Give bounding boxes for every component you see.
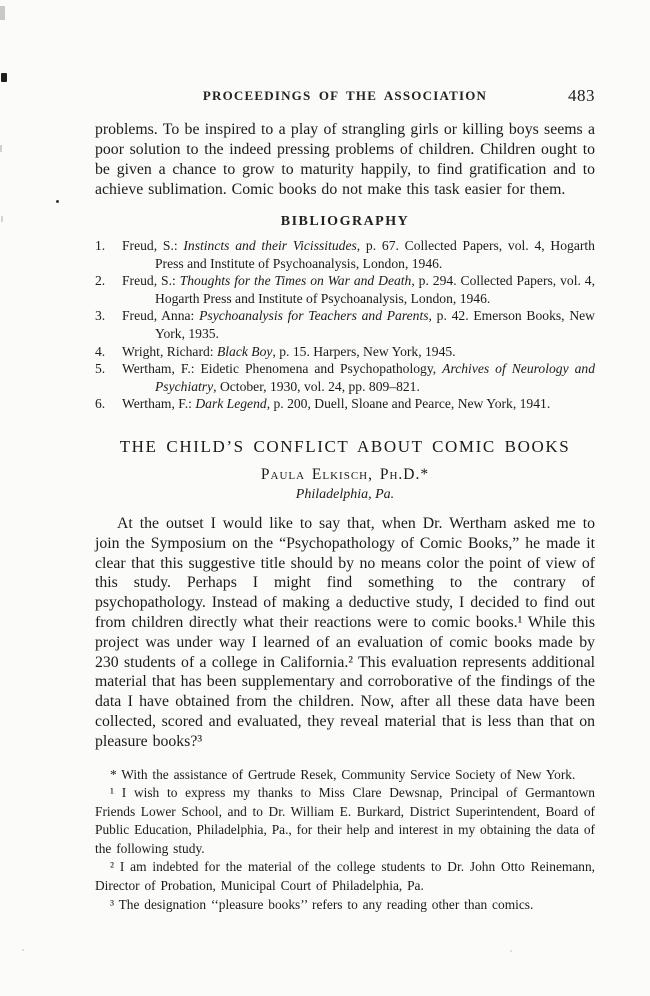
opening-paragraph: At the outset I would like to say that, …	[95, 514, 595, 752]
bibliography-entry-text: Freud, S.: Instincts and their Vicissitu…	[122, 237, 595, 272]
article-author: Paula Elkisch, Ph.D.*	[95, 466, 595, 484]
bibliography-entry: 6.Wertham, F.: Dark Legend, p. 200, Duel…	[95, 395, 595, 413]
bibliography-entry: 3.Freud, Anna: Psychoanalysis for Teache…	[95, 307, 595, 342]
bibliography-entry-number: 5.	[95, 360, 122, 395]
bibliography-entry-number: 2.	[95, 272, 122, 307]
bibliography-entry: 1.Freud, S.: Instincts and their Vicissi…	[95, 237, 595, 272]
bibliography-heading: BIBLIOGRAPHY	[95, 214, 595, 230]
bibliography-entry-number: 4.	[95, 343, 122, 361]
bibliography-entry: 5.Wertham, F.: Eidetic Phenomena and Psy…	[95, 360, 595, 395]
bibliography-entry-number: 3.	[95, 307, 122, 342]
scan-artifact	[56, 200, 59, 203]
scan-artifact	[1, 73, 7, 82]
bibliography-entry-text: Freud, S.: Thoughts for the Times on War…	[122, 272, 595, 307]
continuation-paragraph: problems. To be inspired to a play of st…	[95, 120, 595, 200]
footnote: * With the assistance of Gertrude Resek,…	[95, 766, 595, 785]
footnote: ¹ I wish to express my thanks to Miss Cl…	[95, 784, 595, 858]
scan-artifact	[510, 950, 512, 952]
scan-artifact	[0, 145, 2, 152]
page-content: PROCEEDINGS OF THE ASSOCIATION 483 probl…	[95, 88, 595, 914]
bibliography-entry-text: Freud, Anna: Psychoanalysis for Teachers…	[122, 307, 595, 342]
footnote: ³ The designation ‘‘pleasure books’’ ref…	[95, 896, 595, 915]
footnote: ² I am indebted for the material of the …	[95, 858, 595, 895]
scan-artifact	[22, 949, 24, 951]
bibliography-entry-number: 6.	[95, 395, 122, 413]
footnotes-section: * With the assistance of Gertrude Resek,…	[95, 766, 595, 915]
page-header: PROCEEDINGS OF THE ASSOCIATION 483	[95, 88, 595, 106]
running-title: PROCEEDINGS OF THE ASSOCIATION	[95, 88, 595, 104]
bibliography-entry-number: 1.	[95, 237, 122, 272]
bibliography-entry-text: Wright, Richard: Black Boy, p. 15. Harpe…	[122, 343, 595, 361]
bibliography-entry: 4.Wright, Richard: Black Boy, p. 15. Har…	[95, 343, 595, 361]
bibliography-entry-text: Wertham, F.: Eidetic Phenomena and Psych…	[122, 360, 595, 395]
scan-artifact	[1, 216, 3, 222]
bibliography-list: 1.Freud, S.: Instincts and their Vicissi…	[95, 237, 595, 413]
bibliography-entry: 2.Freud, S.: Thoughts for the Times on W…	[95, 272, 595, 307]
page-number: 483	[568, 86, 595, 106]
article-title: THE CHILD’S CONFLICT ABOUT COMIC BOOKS	[95, 437, 595, 457]
bibliography-entry-text: Wertham, F.: Dark Legend, p. 200, Duell,…	[122, 395, 595, 413]
scanned-page: PROCEEDINGS OF THE ASSOCIATION 483 probl…	[0, 0, 650, 996]
article-location: Philadelphia, Pa.	[95, 487, 595, 503]
scan-artifact	[0, 6, 5, 20]
